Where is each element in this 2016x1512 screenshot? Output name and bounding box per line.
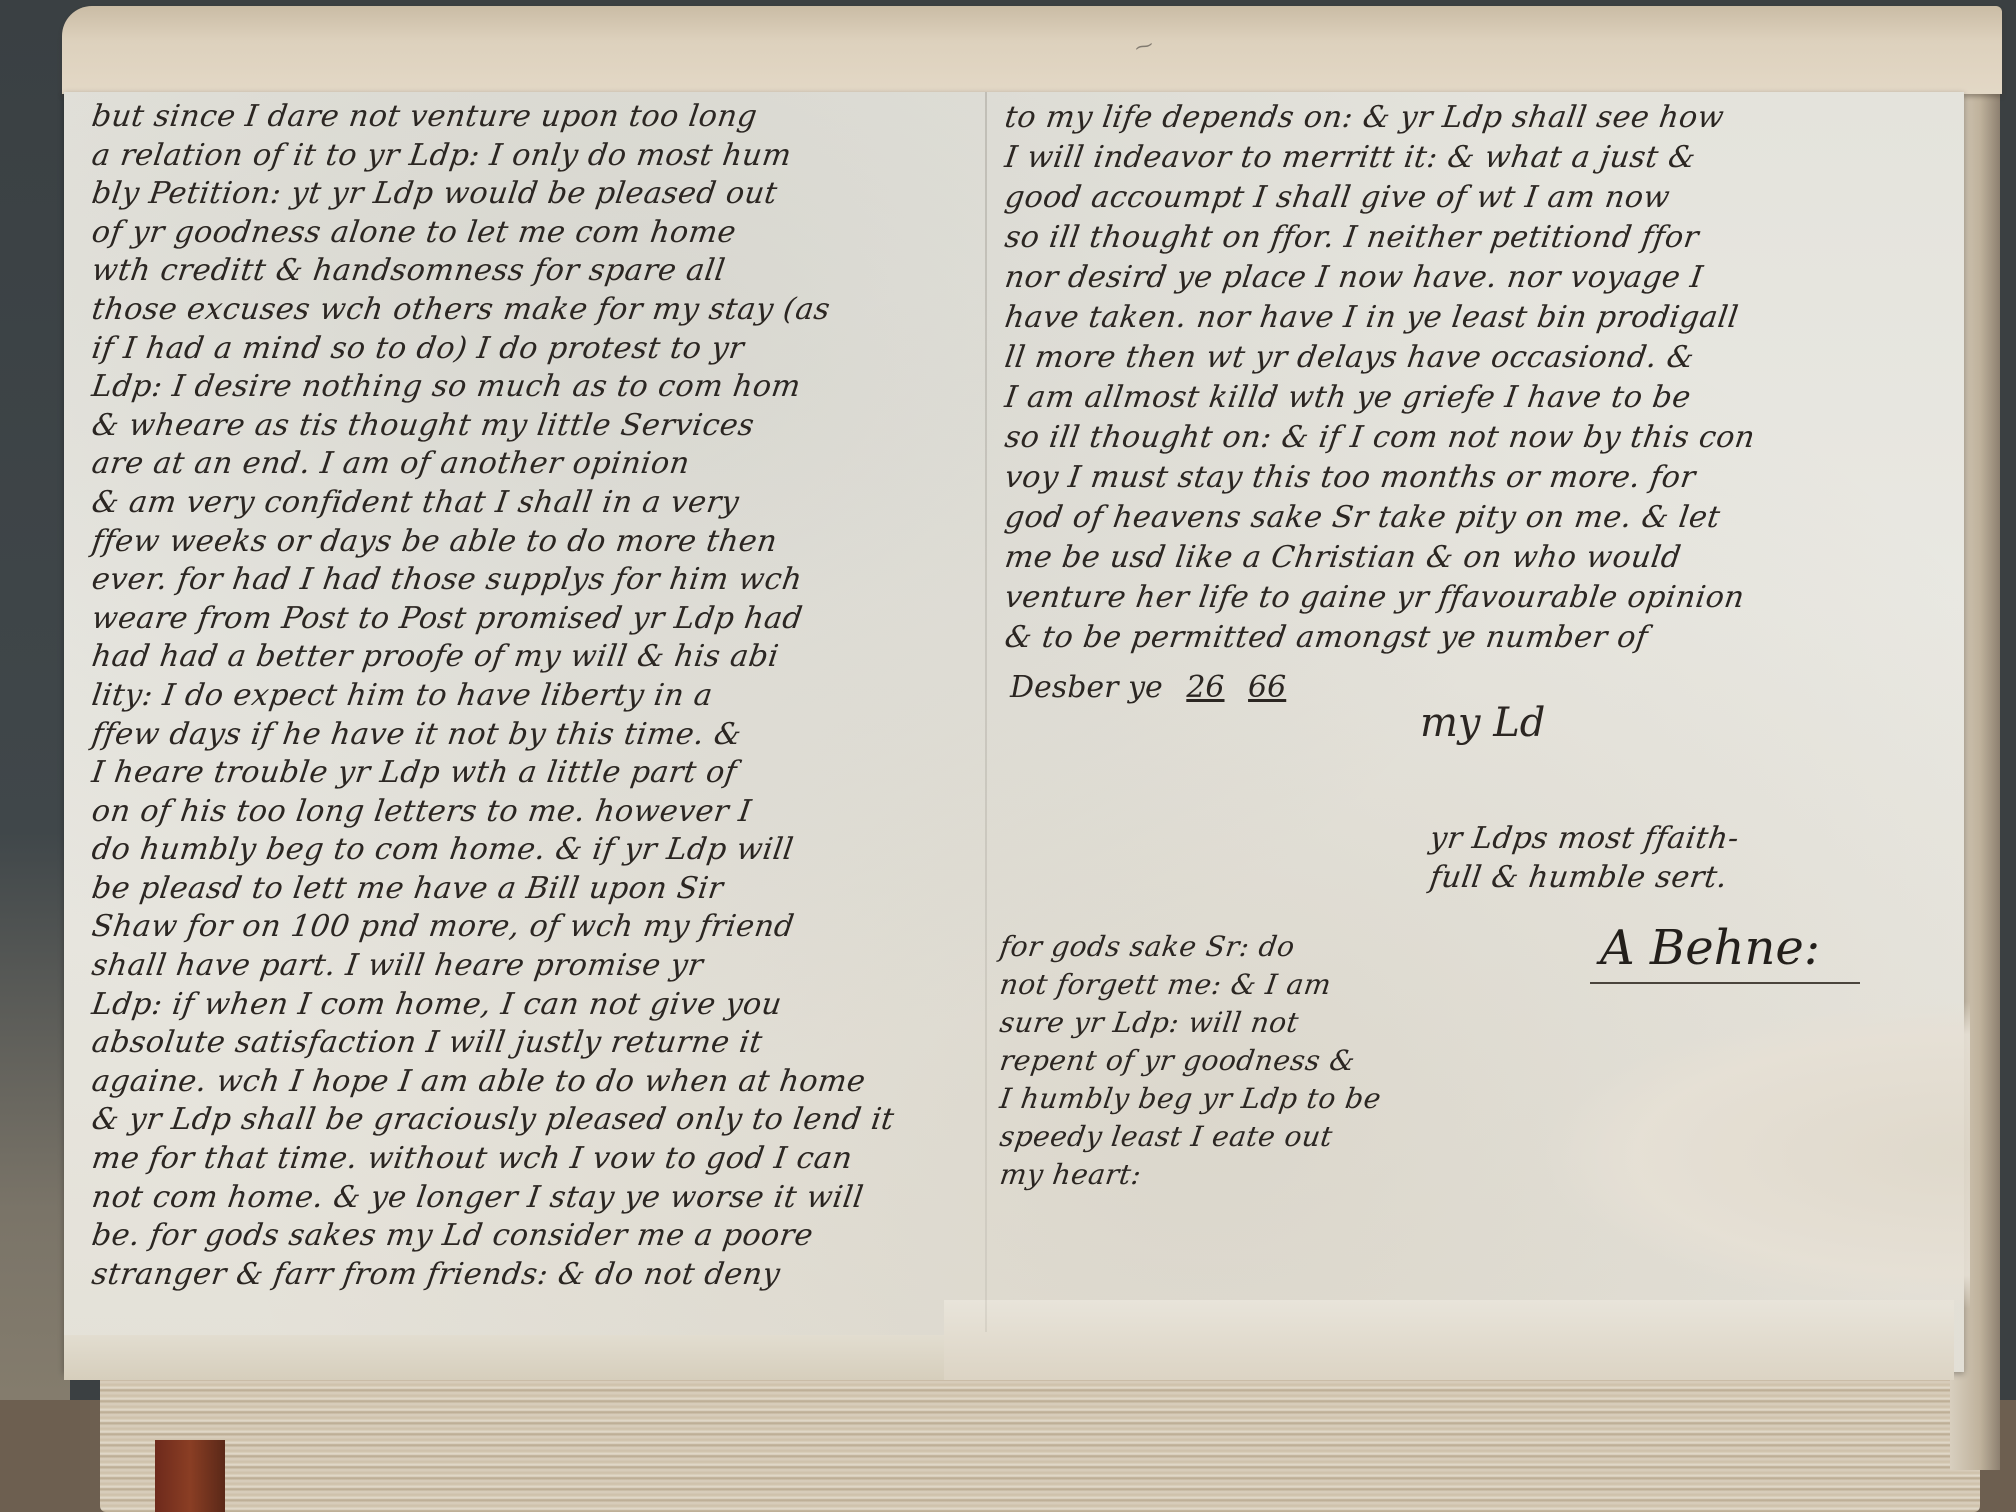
date-ye: ye bbox=[1128, 670, 1163, 705]
text-line: god of heavens sake Sr take pity on me. … bbox=[1002, 498, 1958, 538]
text-line: weare from Post to Post promised yr Ldp … bbox=[89, 600, 994, 639]
postscript-line: not forgett me: & I am bbox=[997, 966, 1482, 1004]
text-line: Shaw for on 100 pnd more, of wch my frie… bbox=[89, 908, 994, 947]
postscript-line: for gods sake Sr: do bbox=[997, 928, 1482, 966]
text-line: be. for gods sakes my Ld consider me a p… bbox=[89, 1217, 994, 1256]
date-day: 26 bbox=[1186, 670, 1224, 705]
text-line: have taken. nor have I in ye least bin p… bbox=[1002, 298, 1958, 338]
text-line: are at an end. I am of another opinion bbox=[89, 445, 994, 484]
text-line: shall have part. I will heare promise yr bbox=[89, 947, 994, 986]
text-line: ffew weeks or days be able to do more th… bbox=[89, 523, 994, 562]
text-line: to my life depends on: & yr Ldp shall se… bbox=[1002, 98, 1958, 138]
text-line: venture her life to gaine yr ffavourable… bbox=[1002, 578, 1958, 618]
text-line: ever. for had I had those supplys for hi… bbox=[89, 561, 994, 600]
postscript-line: speedy least I eate out bbox=[997, 1118, 1482, 1156]
text-line: lity: I do expect him to have liberty in… bbox=[89, 677, 994, 716]
closing-line: yr Ldps most ffaith- bbox=[1427, 820, 1741, 859]
text-line: againe. wch I hope I am able to do when … bbox=[89, 1063, 994, 1102]
closing-line: full & humble sert. bbox=[1427, 859, 1741, 898]
text-line: but since I dare not venture upon too lo… bbox=[89, 98, 994, 137]
date-month: Desber bbox=[1010, 670, 1119, 705]
letter-date: Desber ye 26 66 bbox=[1010, 670, 1286, 705]
text-line: & yr Ldp shall be graciously pleased onl… bbox=[89, 1101, 994, 1140]
folded-top-flap bbox=[62, 6, 2002, 94]
text-line: & am very confident that I shall in a ve… bbox=[89, 484, 994, 523]
text-line: absolute satisfaction I will justly retu… bbox=[89, 1024, 994, 1063]
text-line: bly Petition: yt yr Ldp would be pleased… bbox=[89, 175, 994, 214]
text-line: me be usd like a Christian & on who woul… bbox=[1002, 538, 1958, 578]
text-line: had had a better proofe of my will & his… bbox=[89, 638, 994, 677]
text-line: wth creditt & handsomness for spare all bbox=[89, 252, 994, 291]
text-line: on of his too long letters to me. howeve… bbox=[89, 793, 994, 832]
text-line: & to be permitted amongst ye number of bbox=[1002, 618, 1958, 658]
text-line: nor desird ye place I now have. nor voya… bbox=[1002, 258, 1958, 298]
letter-left-column: but since I dare not venture upon too lo… bbox=[92, 98, 992, 1294]
closing-formula: yr Ldps most ffaith- full & humble sert. bbox=[1430, 820, 1739, 897]
page-stack-bottom-edge bbox=[100, 1360, 1980, 1512]
text-line: so ill thought on: & if I com not now by… bbox=[1002, 418, 1958, 458]
text-line: Ldp: if when I com home, I can not give … bbox=[89, 986, 994, 1025]
sheet-lower-left-margin bbox=[64, 1335, 944, 1380]
date-year: 66 bbox=[1248, 670, 1286, 705]
text-line: voy I must stay this too months or more.… bbox=[1002, 458, 1958, 498]
signature: A Behne: bbox=[1590, 920, 1860, 984]
text-line: I am allmost killd wth ye griefe I have … bbox=[1002, 378, 1958, 418]
dark-backdrop bbox=[0, 0, 70, 1512]
postscript-line: repent of yr goodness & bbox=[997, 1042, 1482, 1080]
sheet-lower-right-margin bbox=[944, 1300, 1954, 1380]
text-line: do humbly beg to com home. & if yr Ldp w… bbox=[89, 831, 994, 870]
text-line: me for that time. without wch I vow to g… bbox=[89, 1140, 994, 1179]
text-line: be pleasd to lett me have a Bill upon Si… bbox=[89, 870, 994, 909]
text-line: a relation of it to yr Ldp: I only do mo… bbox=[89, 137, 994, 176]
text-line: ll more then wt yr delays have occasiond… bbox=[1002, 338, 1958, 378]
text-line: Ldp: I desire nothing so much as to com … bbox=[89, 368, 994, 407]
letter-right-column: to my life depends on: & yr Ldp shall se… bbox=[1005, 98, 1955, 658]
torn-paper-edge bbox=[1540, 1000, 1970, 1310]
text-line: those excuses wch others make for my sta… bbox=[89, 291, 994, 330]
text-line: ffew days if he have it not by this time… bbox=[89, 716, 994, 755]
text-line: stranger & farr from friends: & do not d… bbox=[89, 1256, 994, 1295]
text-line: & wheare as tis thought my little Servic… bbox=[89, 407, 994, 446]
book-binding-leather bbox=[155, 1440, 225, 1512]
salutation: my Ld bbox=[1420, 700, 1545, 746]
text-line: of yr goodness alone to let me com home bbox=[89, 214, 994, 253]
text-line: if I had a mind so to do) I do protest t… bbox=[89, 330, 994, 369]
text-line: I heare trouble yr Ldp wth a little part… bbox=[89, 754, 994, 793]
postscript-line: I humbly beg yr Ldp to be bbox=[997, 1080, 1482, 1118]
text-line: I will indeavor to merritt it: & what a … bbox=[1002, 138, 1958, 178]
text-line: good accoumpt I shall give of wt I am no… bbox=[1002, 178, 1958, 218]
postscript-line: my heart: bbox=[997, 1156, 1482, 1194]
postscript-line: sure yr Ldp: will not bbox=[997, 1004, 1482, 1042]
text-line: not com home. & ye longer I stay ye wors… bbox=[89, 1179, 994, 1218]
text-line: so ill thought on ffor. I neither petiti… bbox=[1002, 218, 1958, 258]
postscript: for gods sake Sr: do not forgett me: & I… bbox=[1000, 928, 1480, 1194]
